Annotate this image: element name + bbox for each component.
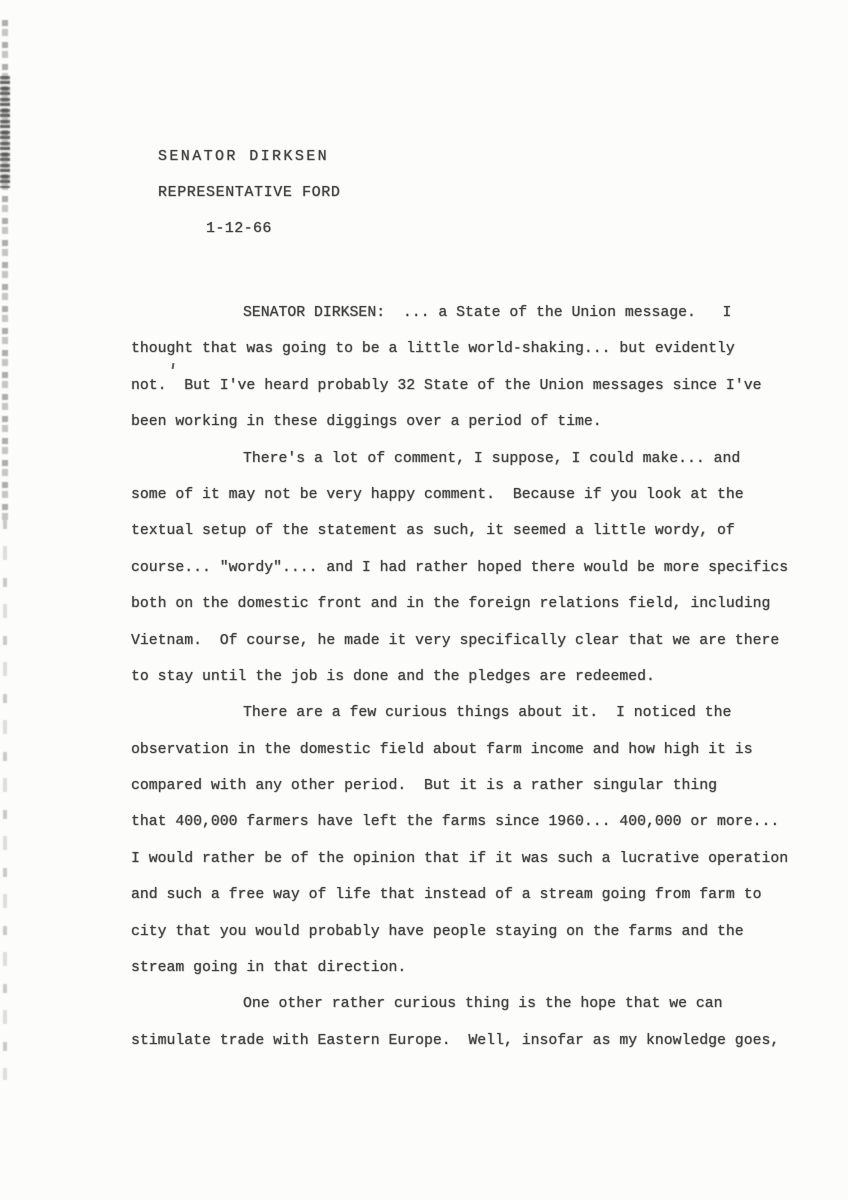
transcript-line: city that you would probably have people… (131, 914, 821, 950)
paragraph: SENATOR DIRKSEN: ... a State of the Unio… (131, 295, 821, 441)
paragraph: One other rather curious thing is the ho… (131, 986, 821, 1059)
transcript-line: Vietnam. Of course, he made it very spec… (131, 623, 821, 659)
transcript-line: some of it may not be very happy comment… (131, 477, 821, 513)
transcript-line: stream going in that direction. (131, 950, 821, 986)
transcript-body: SENATOR DIRKSEN: ... a State of the Unio… (131, 295, 821, 1059)
transcript-line: to stay until the job is done and the pl… (131, 659, 821, 695)
scan-edge-artifact (3, 520, 7, 1080)
transcript-line: observation in the domestic field about … (131, 732, 821, 768)
transcript-line: There are a few curious things about it.… (131, 695, 821, 731)
scan-edge-artifact (2, 20, 8, 520)
transcript-line: not. But I've heard probably 32 State of… (131, 368, 821, 404)
transcript-line: SENATOR DIRKSEN: ... a State of the Unio… (131, 295, 821, 331)
transcript-line: both on the domestic front and in the fo… (131, 586, 821, 622)
paragraph: There's a lot of comment, I suppose, I c… (131, 441, 821, 696)
transcript-line: There's a lot of comment, I suppose, I c… (131, 441, 821, 477)
document-date: 1-12-66 (158, 211, 340, 247)
transcript-line: stimulate trade with Eastern Europe. Wel… (131, 1023, 821, 1059)
transcript-line: that 400,000 farmers have left the farms… (131, 804, 821, 840)
transcript-line: compared with any other period. But it i… (131, 768, 821, 804)
transcript-line: textual setup of the statement as such, … (131, 513, 821, 549)
transcript-line: and such a free way of life that instead… (131, 877, 821, 913)
transcript-line: course... "wordy".... and I had rather h… (131, 550, 821, 586)
paragraph: There are a few curious things about it.… (131, 695, 821, 986)
header-speaker-1: SENATOR DIRKSEN (158, 139, 340, 175)
transcript-line: thought that was going to be a little wo… (131, 331, 821, 367)
transcript-line: I would rather be of the opinion that if… (131, 841, 821, 877)
header-speaker-2: REPRESENTATIVE FORD (158, 175, 340, 211)
scanned-document-page: SENATOR DIRKSEN REPRESENTATIVE FORD 1-12… (0, 0, 848, 1200)
scan-edge-artifact (0, 76, 10, 188)
document-header: SENATOR DIRKSEN REPRESENTATIVE FORD 1-12… (158, 139, 340, 247)
transcript-line: One other rather curious thing is the ho… (131, 986, 821, 1022)
transcript-line: been working in these diggings over a pe… (131, 404, 821, 440)
